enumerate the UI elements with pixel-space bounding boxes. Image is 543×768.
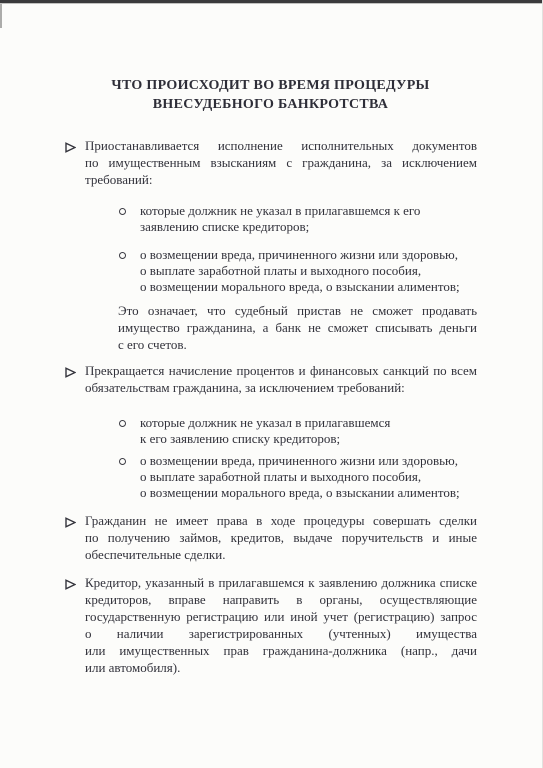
text-line: о возмещении морального вреда, о взыскан… <box>140 485 477 501</box>
bullet-text: Прекращается начисление процентов и фина… <box>85 362 477 396</box>
text-line: которые должник не указал в прилагавшемс… <box>140 415 477 431</box>
title-line: ВНЕСУДЕБНОГО БАНКРОТСТВА <box>64 95 477 114</box>
bullet-text: Приостанавливается исполнение исполнител… <box>85 137 477 188</box>
sub-bullet-text: о возмещении вреда, причиненного жизни и… <box>140 453 477 501</box>
text-line: обеспечительные сделки. <box>85 546 477 563</box>
text-line: о возмещении вреда, причиненного жизни и… <box>140 247 477 263</box>
text-line: заявлению списке кредиторов; <box>140 219 477 235</box>
text-line: Прекращается начисление процентов и фина… <box>85 362 477 379</box>
text-line: которые должник не указал в прилагавшемс… <box>140 203 477 219</box>
text-line: или автомобиля). <box>85 659 477 676</box>
circle-bullet-icon <box>119 458 126 465</box>
sub-bullet-text: которые должник не указал в прилагавшемс… <box>140 203 477 235</box>
text-line: требований: <box>85 171 477 188</box>
bullet-item-creditor-inquiry: Кредитор, указанный в прилагавшемся к за… <box>64 574 477 676</box>
text-line: или имущественных прав гражданина-должни… <box>85 642 477 659</box>
sub-bullet-unlisted-creditors: которые должник не указал в прилагавшемс… <box>119 203 477 235</box>
text-line: Кредитор, указанный в прилагавшемся к за… <box>85 574 477 591</box>
text-line: о возмещении морального вреда, о взыскан… <box>140 279 477 295</box>
text-line: имущество гражданина, а банк не сможет с… <box>118 319 477 336</box>
sub-bullet-text: о возмещении вреда, причиненного жизни и… <box>140 247 477 295</box>
text-line: о выплате заработной платы и выходного п… <box>140 469 477 485</box>
arrowhead-bullet-icon <box>65 140 76 151</box>
text-line: кредиторов, вправе направить в органы, о… <box>85 591 477 608</box>
circle-bullet-icon <box>119 420 126 427</box>
text-line: с его счетов. <box>118 336 477 353</box>
text-line: о возмещении вреда, причиненного жизни и… <box>140 453 477 469</box>
sub-bullet-harm-compensation-2: о возмещении вреда, причиненного жизни и… <box>119 453 477 501</box>
arrowhead-bullet-icon <box>65 515 76 526</box>
text-line: Приостанавливается исполнение исполнител… <box>85 137 477 154</box>
bullet-item-suspension: Приостанавливается исполнение исполнител… <box>64 137 477 188</box>
document-title: ЧТО ПРОИСХОДИТ ВО ВРЕМЯ ПРОЦЕДУРЫ ВНЕСУД… <box>64 76 477 114</box>
scan-edge-top-shadow <box>0 3 543 4</box>
circle-bullet-icon <box>119 252 126 259</box>
arrowhead-bullet-icon <box>65 577 76 588</box>
text-line: о наличии зарегистрированных (учтенных) … <box>85 625 477 642</box>
scan-edge-left <box>0 4 2 28</box>
bullet-item-no-new-loans: Гражданин не имеет права в ходе процедур… <box>64 512 477 563</box>
text-line: по получению займов, кредитов, выдаче по… <box>85 529 477 546</box>
text-line: Это означает, что судебный пристав не см… <box>118 302 477 319</box>
sub-bullet-harm-compensation: о возмещении вреда, причиненного жизни и… <box>119 247 477 295</box>
sub-bullet-text: которые должник не указал в прилагавшемс… <box>140 415 477 447</box>
arrowhead-bullet-icon <box>65 365 76 376</box>
text-line: обязательствам гражданина, за исключение… <box>85 379 477 396</box>
text-line: государственную регистрацию или иной уче… <box>85 608 477 625</box>
bullet-text: Гражданин не имеет права в ходе процедур… <box>85 512 477 563</box>
title-line: ЧТО ПРОИСХОДИТ ВО ВРЕМЯ ПРОЦЕДУРЫ <box>64 76 477 95</box>
circle-bullet-icon <box>119 208 126 215</box>
document-body: ЧТО ПРОИСХОДИТ ВО ВРЕМЯ ПРОЦЕДУРЫ ВНЕСУД… <box>64 76 477 676</box>
text-line: о выплате заработной платы и выходного п… <box>140 263 477 279</box>
sub-bullet-unlisted-creditors-2: которые должник не указал в прилагавшемс… <box>119 415 477 447</box>
text-line: Гражданин не имеет права в ходе процедур… <box>85 512 477 529</box>
text-line: к его заявлению списку кредиторов; <box>140 431 477 447</box>
scanned-page: ЧТО ПРОИСХОДИТ ВО ВРЕМЯ ПРОЦЕДУРЫ ВНЕСУД… <box>0 0 543 768</box>
bullet-item-interest-stop: Прекращается начисление процентов и фина… <box>64 362 477 396</box>
text-line: по имущественным взысканиям с гражданина… <box>85 154 477 171</box>
note-paragraph: Это означает, что судебный пристав не см… <box>118 302 477 353</box>
bullet-text: Кредитор, указанный в прилагавшемся к за… <box>85 574 477 676</box>
